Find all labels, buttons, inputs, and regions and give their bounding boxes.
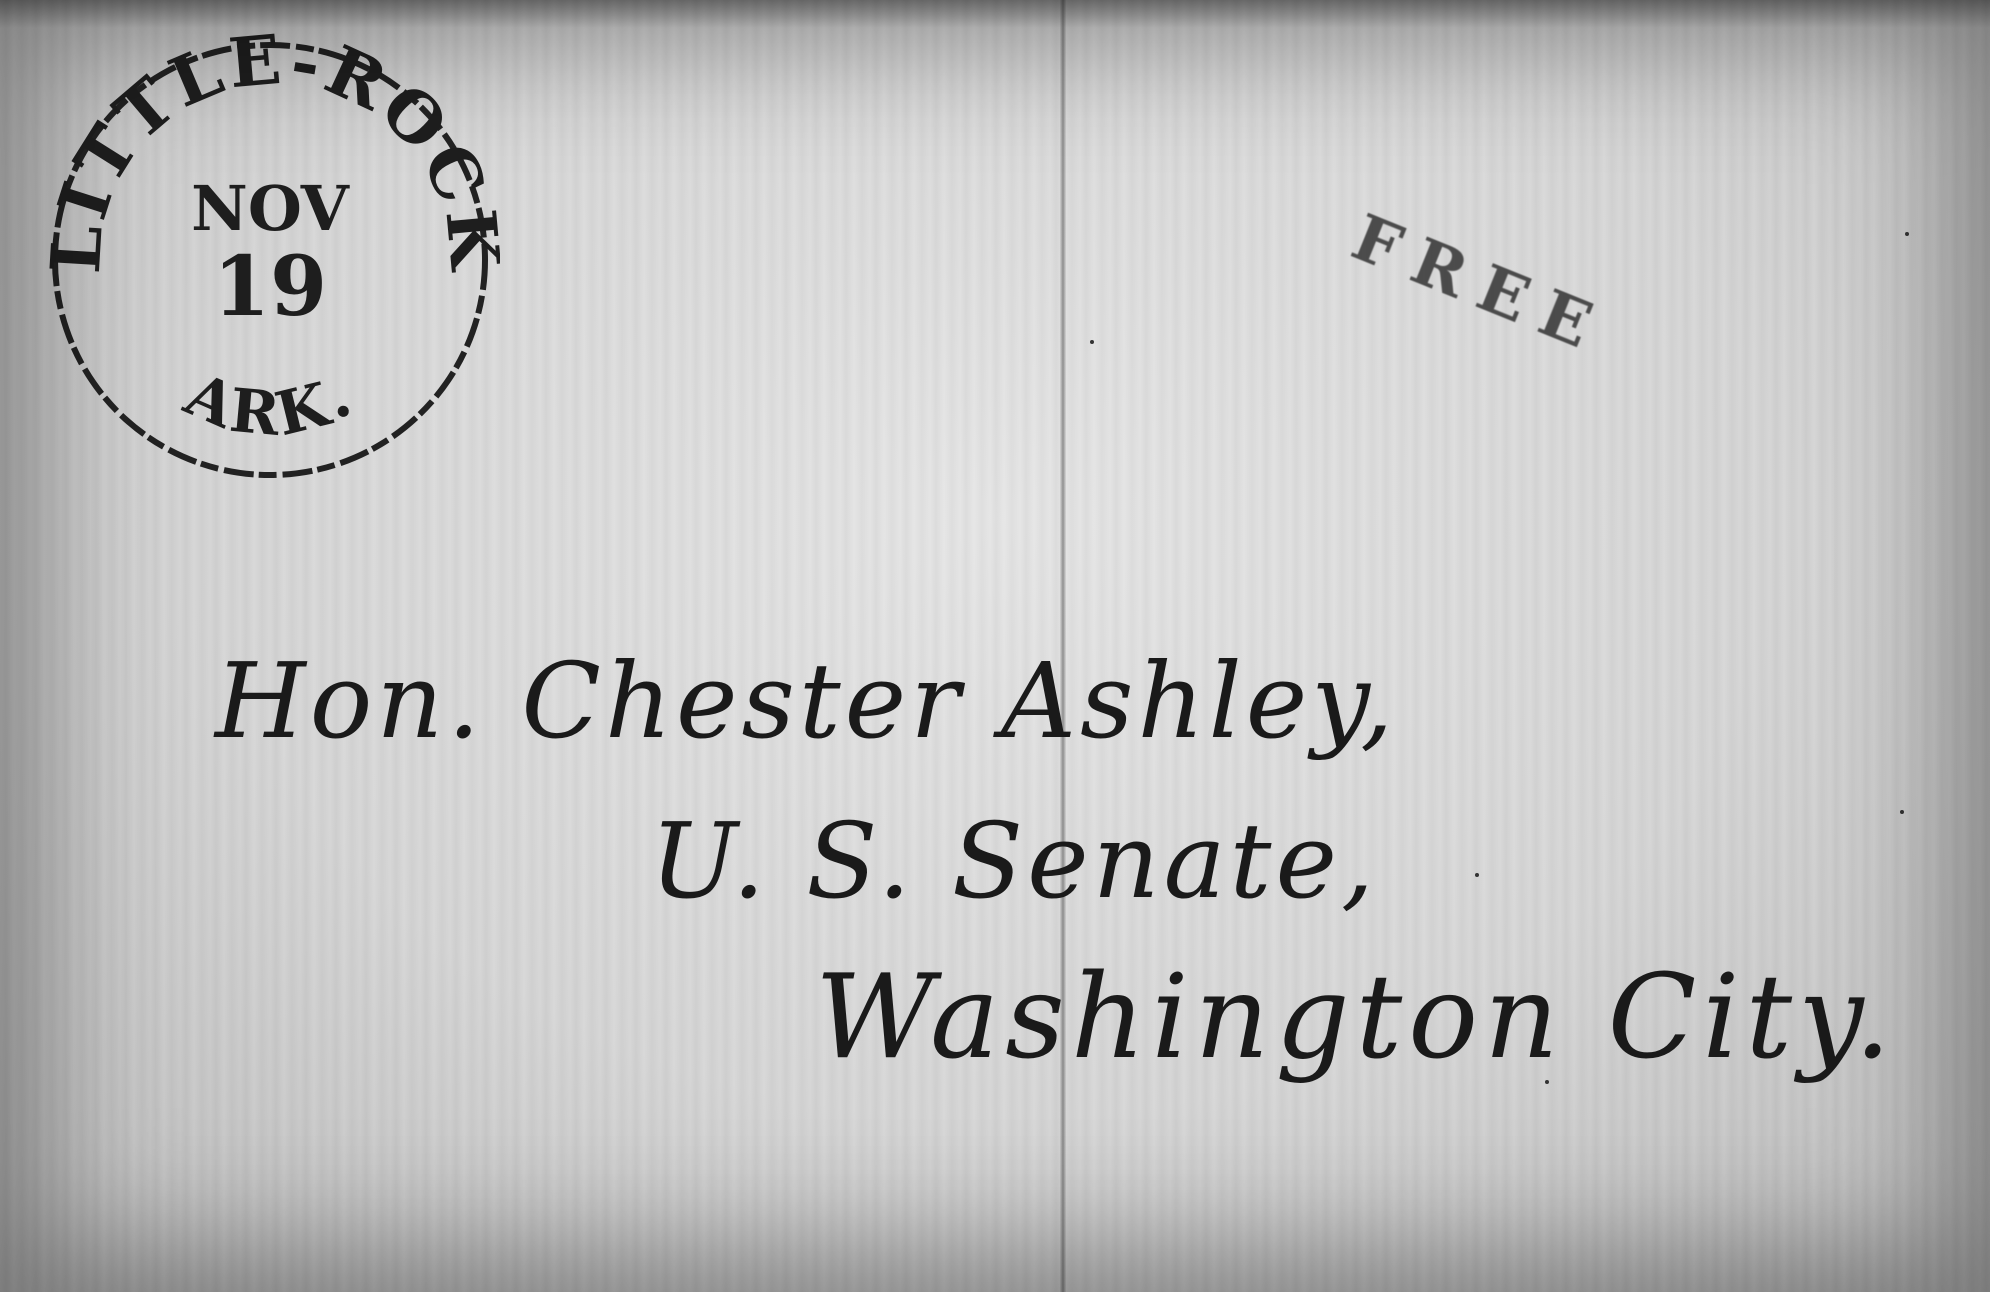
paper-speck xyxy=(1905,232,1909,236)
paper-speck xyxy=(1475,873,1479,877)
postmark-circle: LITTLE-ROCK ARK. NOV 19 xyxy=(40,30,500,490)
postmark-month: NOV xyxy=(191,172,350,245)
address-line-name: Hon. Chester Ashley, xyxy=(215,640,1397,762)
paper-speck xyxy=(1545,1080,1549,1084)
free-handstamp: FREE xyxy=(1342,200,1619,370)
postmark: LITTLE-ROCK ARK. NOV 19 xyxy=(40,30,500,490)
letter-cover: LITTLE-ROCK ARK. NOV 19 FREE Hon. Cheste… xyxy=(0,0,1990,1292)
paper-speck xyxy=(1090,340,1094,344)
address-line-city: Washington City. xyxy=(815,950,1897,1085)
address-line-senate: U. S. Senate, xyxy=(650,800,1378,922)
postmark-state: ARK. xyxy=(174,359,365,450)
scan-edge-shadow xyxy=(0,0,1990,28)
postmark-day: 19 xyxy=(213,239,327,335)
paper-speck xyxy=(1900,810,1904,814)
